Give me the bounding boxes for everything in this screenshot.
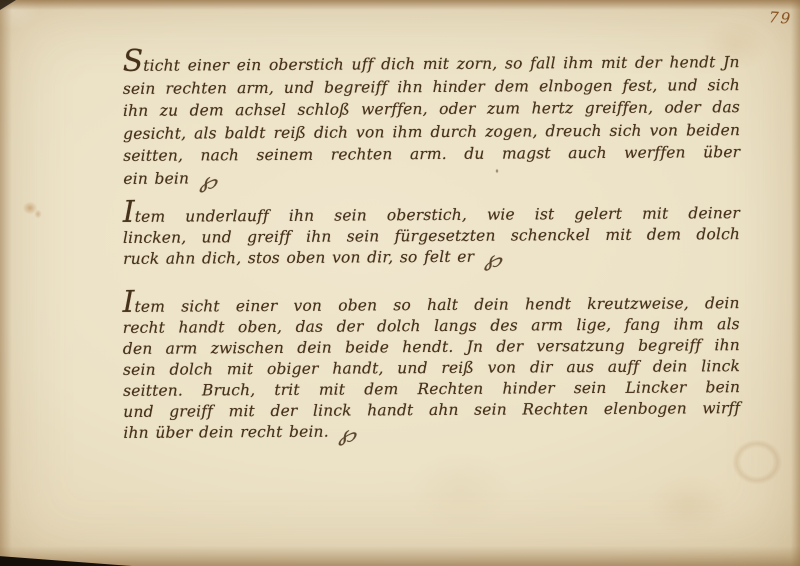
paragraph-2: Item underlauff ihn sein oberstich, wie …: [123, 198, 740, 270]
paragraph-1: Sticht einer ein oberstich uff dich mit …: [123, 47, 741, 190]
paragraph-end-flourish: ℘: [485, 258, 501, 260]
text-line: Sticht einer ein oberstich uff dich mit …: [123, 47, 740, 77]
text-line: Item sicht einer von oben so halt dein h…: [123, 288, 740, 318]
text-line: seitten, nach seinem rechten arm. du mag…: [123, 141, 740, 167]
folio-number: 79: [768, 8, 792, 28]
text-line: ihn über dein recht bein.℘: [123, 419, 740, 444]
paragraph-end-flourish: ℘: [200, 180, 216, 182]
manuscript-photo: 79 Sticht einer ein oberstich uff dich m…: [0, 0, 800, 566]
text-line: und greiff mit der linck handt ahn sein …: [123, 398, 740, 423]
text-line: ein bein℘: [123, 164, 740, 190]
text-line: ruck ahn dich, stos oben von dir, so fel…: [123, 245, 740, 270]
text-line: lincken, und greiff ihn sein fürgesetzte…: [123, 224, 740, 249]
text-line: Item underlauff ihn sein oberstich, wie …: [123, 198, 740, 228]
paragraph-end-flourish: ℘: [340, 433, 356, 435]
text-line: ihn zu dem achsel schloß werffen, oder z…: [123, 96, 740, 122]
paragraph-3: Item sicht einer von oben so halt dein h…: [123, 288, 741, 444]
